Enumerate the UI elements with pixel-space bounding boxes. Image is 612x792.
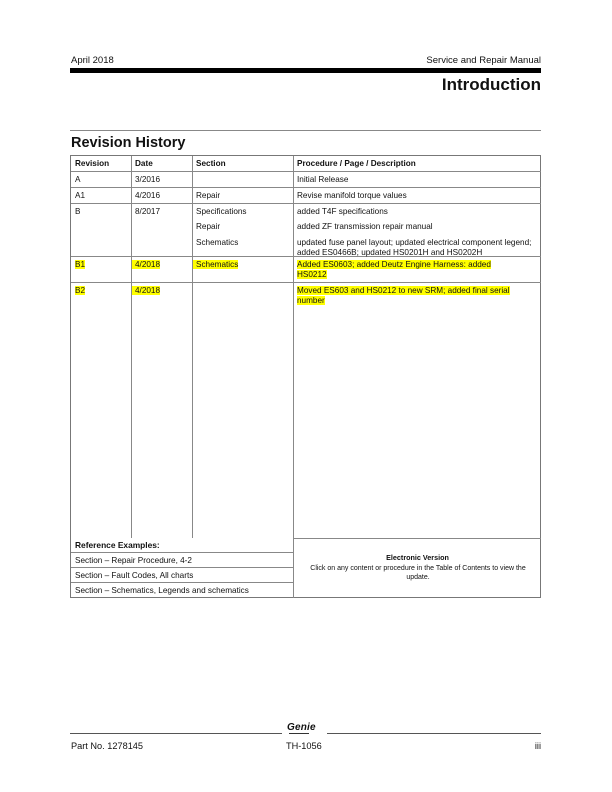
electronic-version-title: Electronic Version	[294, 553, 541, 563]
column-header-revision: Revision	[75, 159, 109, 169]
row-divider	[293, 538, 541, 539]
genie-logo: Genie	[287, 722, 316, 733]
revision-history-table: Revision Date Section Procedure / Page /…	[70, 155, 541, 598]
table-row-section: Specifications	[196, 207, 247, 217]
row-divider	[71, 552, 293, 553]
row-divider	[71, 567, 293, 568]
column-header-date: Date	[135, 159, 153, 169]
row-divider	[71, 203, 541, 204]
table-row-revision: B	[75, 207, 80, 217]
footer-rule-right	[327, 733, 541, 734]
table-row-date: 3/2016	[135, 175, 160, 185]
chapter-title: Introduction	[442, 75, 541, 95]
electronic-version-text: Click on any content or procedure in the…	[299, 565, 537, 582]
header-date: April 2018	[71, 55, 114, 66]
table-row-description: Revise manifold torque values	[297, 191, 407, 201]
row-divider	[71, 171, 541, 172]
table-row-description: Moved ES603 and HS0212 to new SRM; added…	[297, 286, 510, 305]
table-row-date: 8/2017	[135, 207, 160, 217]
table-row-revision: B1	[75, 260, 85, 269]
part-number: Part No. 1278145	[71, 741, 143, 751]
table-row-date: 4/2018	[132, 260, 160, 269]
table-row-revision: A1	[75, 191, 85, 201]
reference-example-item: Section – Repair Procedure, 4-2	[75, 556, 192, 566]
table-row-description: updated fuse panel layout; updated elect…	[297, 238, 537, 257]
row-divider	[71, 282, 541, 283]
col-divider	[192, 156, 193, 538]
reference-examples-title: Reference Examples:	[75, 541, 160, 551]
table-row-section: Schematics	[196, 238, 238, 248]
section-divider	[70, 130, 541, 131]
table-row-description: added T4F specifications	[297, 207, 388, 217]
column-header-description: Procedure / Page / Description	[297, 159, 416, 169]
table-row-section: Schematics	[193, 260, 238, 269]
header-manual-title: Service and Repair Manual	[426, 55, 541, 66]
table-row-revision: B2	[75, 286, 85, 295]
footer-rule-left	[70, 733, 282, 734]
row-divider	[71, 582, 293, 583]
table-row-section: Repair	[196, 191, 220, 201]
table-row-revision: A	[75, 175, 80, 185]
column-header-section: Section	[196, 159, 226, 169]
table-row-description: Initial Release	[297, 175, 348, 185]
row-divider	[71, 187, 541, 188]
section-title: Revision History	[71, 135, 185, 151]
col-divider	[293, 156, 294, 598]
reference-example-item: Section – Fault Codes, All charts	[75, 571, 193, 581]
table-row-date: 4/2016	[135, 191, 160, 201]
logo-underline	[289, 733, 309, 734]
reference-example-item: Section – Schematics, Legends and schema…	[75, 586, 249, 596]
table-row-section: Repair	[196, 222, 220, 232]
header-rule	[70, 68, 541, 73]
page-number: iii	[535, 741, 541, 751]
model-number: TH-1056	[286, 741, 322, 751]
table-row-description: Added ES0603; added Deutz Engine Harness…	[297, 260, 491, 279]
table-row-description: added ZF transmission repair manual	[297, 222, 433, 232]
col-divider	[131, 156, 132, 538]
table-row-date: 4/2018	[132, 286, 160, 295]
